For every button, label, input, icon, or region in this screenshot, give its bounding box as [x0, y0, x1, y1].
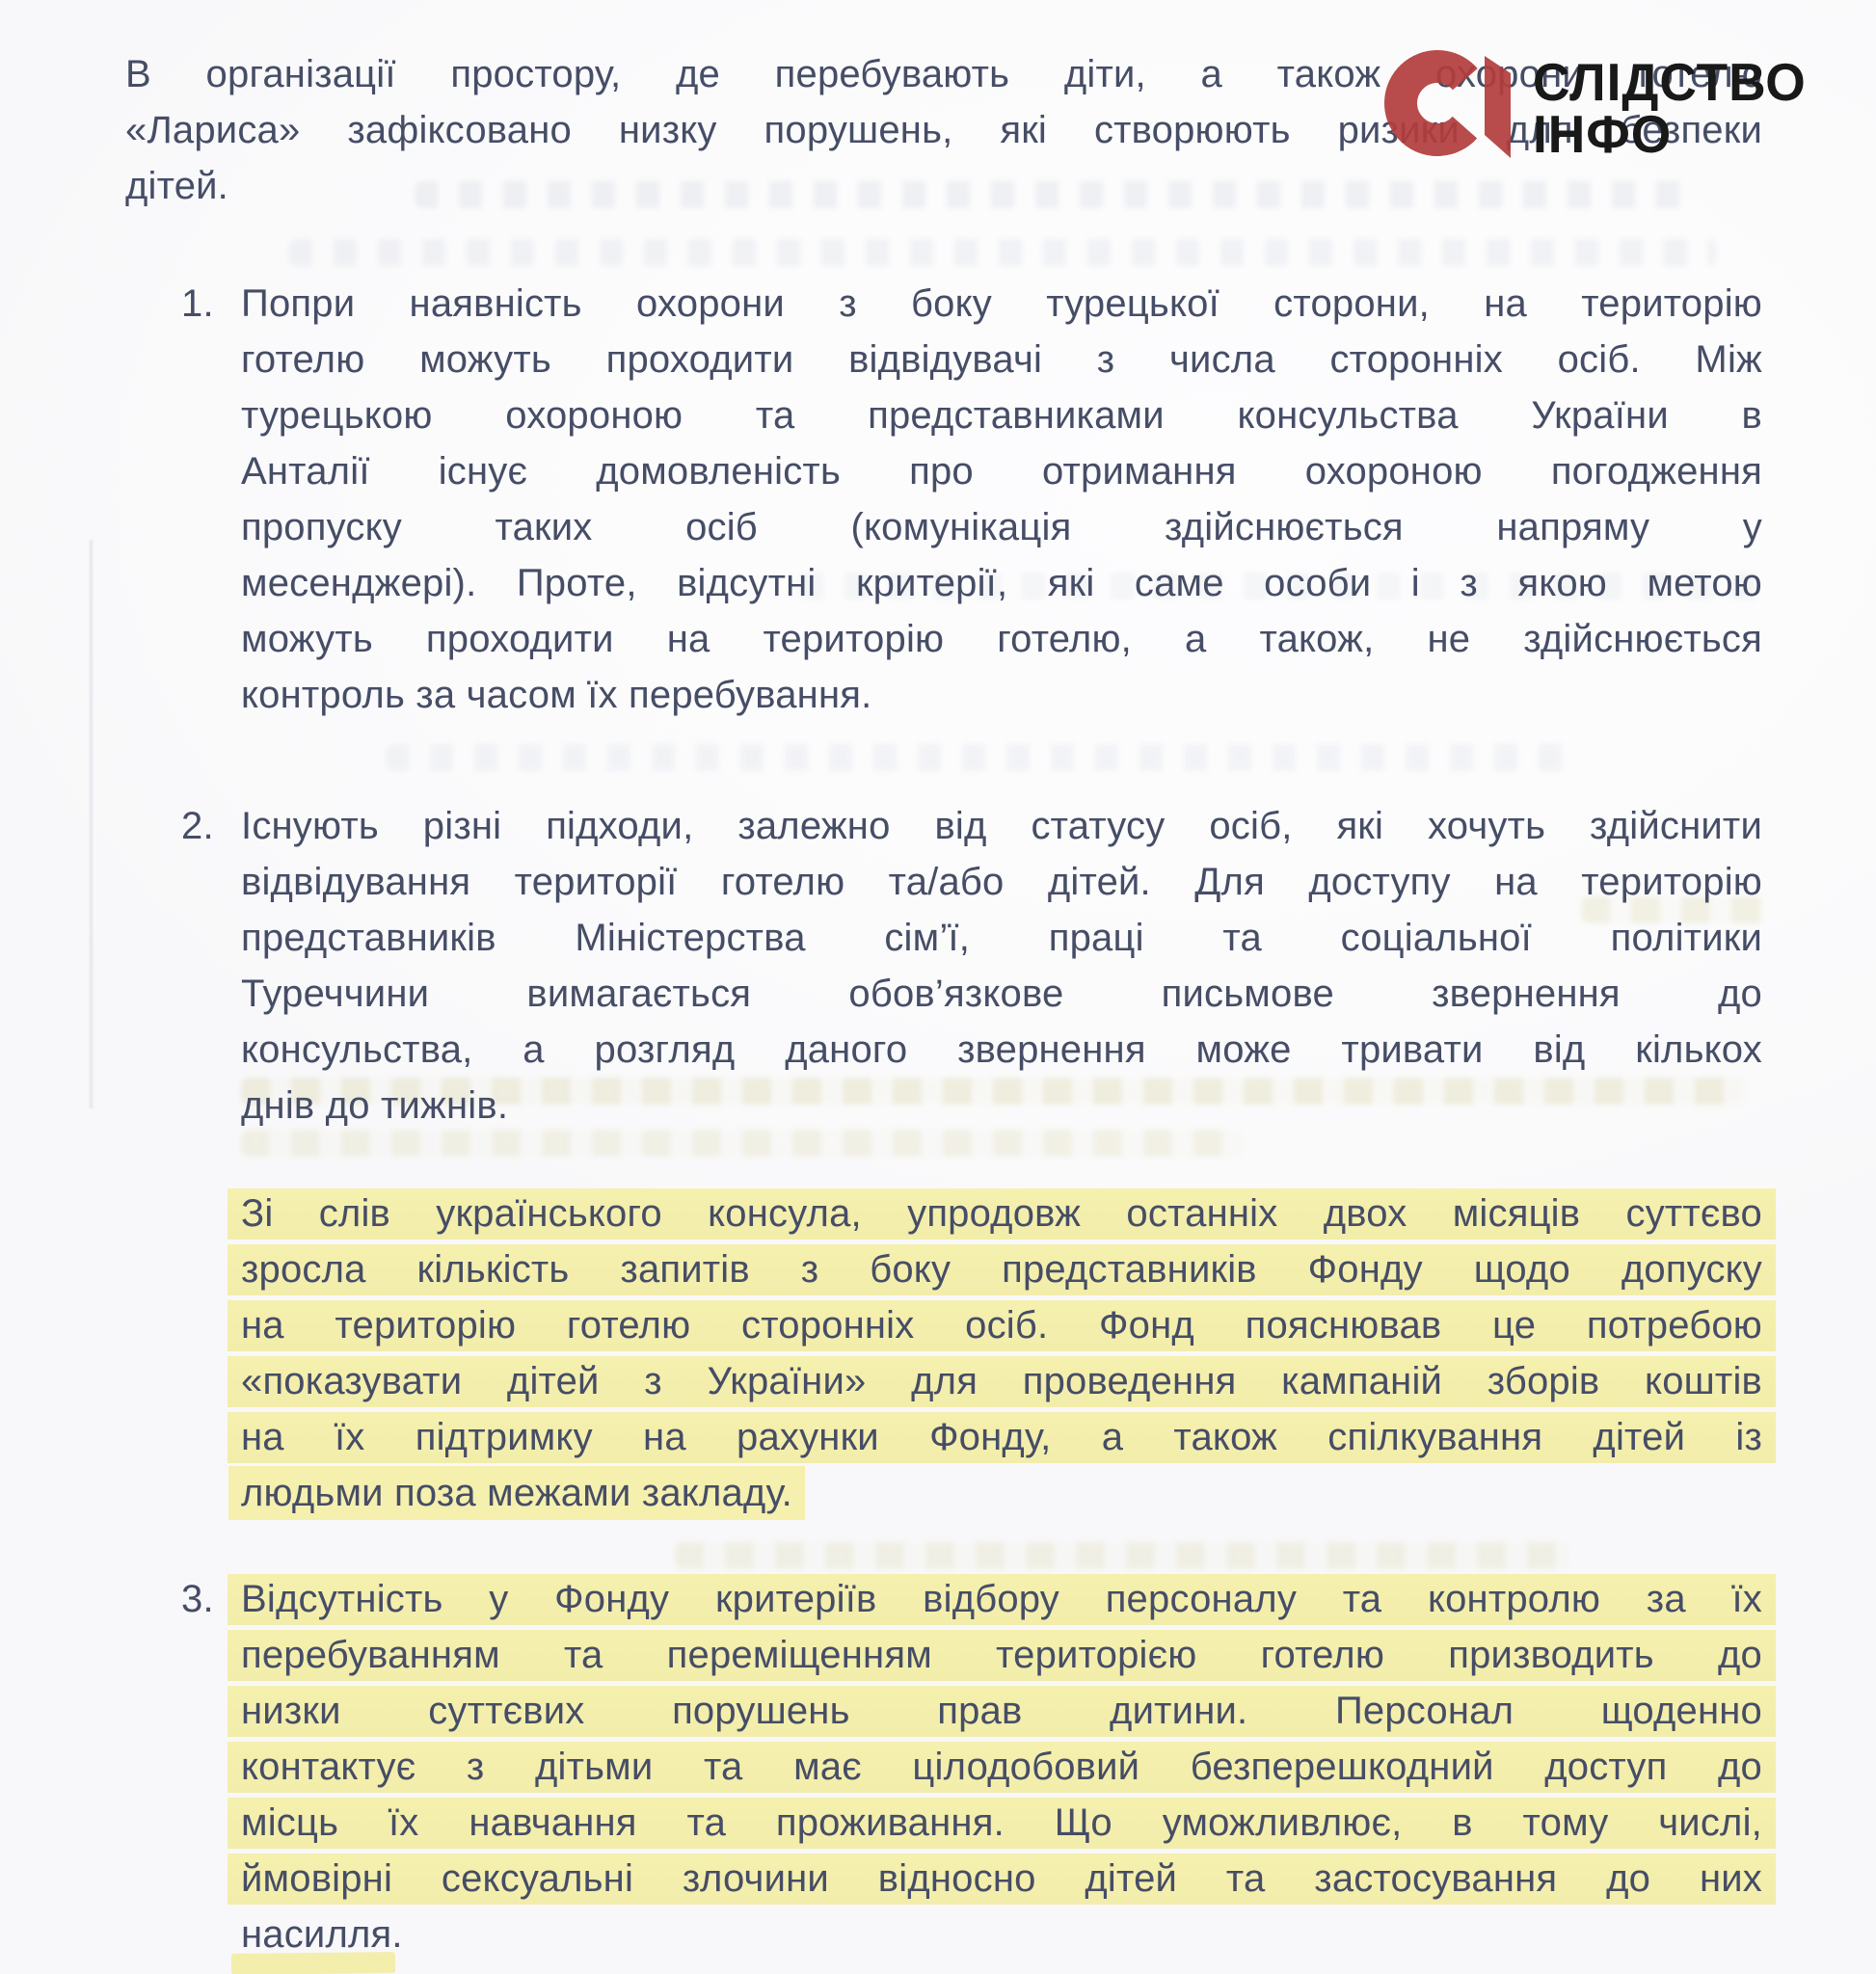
text-line: ймовірні сексуальні злочини відносно діт… [228, 1851, 1776, 1907]
text-line: контроль за часом їх перебування. [241, 667, 1762, 723]
text-line: месенджері). Проте, відсутні критерії, я… [241, 555, 1762, 611]
text-line: днів до тижнів. [241, 1078, 1762, 1134]
text-line: можуть проходити на територію готелю, а … [241, 611, 1762, 667]
text-line: консульства, а розгляд даного звернення … [241, 1022, 1762, 1078]
text-line: Зі слів українського консула, упродовж о… [228, 1186, 1776, 1241]
text-line: Туреччини вимагається обов’язкове письмо… [241, 966, 1762, 1022]
list-number: 2. [181, 798, 241, 1134]
text-line: «показувати дітей з України» для проведе… [228, 1353, 1776, 1409]
list-item-2-text: Існують різні підходи, залежно від стату… [241, 798, 1762, 1134]
scan-crease-artifact [90, 540, 93, 1108]
slidstvo-info-logo: СЛІДСТВО ІНФО [1384, 50, 1814, 160]
text-line: низки суттєвих порушень прав дитини. Пер… [228, 1683, 1776, 1739]
text-line: Відсутність у Фонду критеріїв відбору пе… [228, 1571, 1776, 1627]
text-line: турецькою охороною та представниками кон… [241, 387, 1762, 443]
highlighted-text: людьми поза межами закладу. [241, 1466, 792, 1520]
text-line: готелю можуть проходити відвідувачі з чи… [241, 332, 1762, 387]
text-line: дітей. [125, 158, 1762, 214]
scanned-document-page: В організації простору, де перебувають д… [0, 0, 1876, 1974]
text-line: Існують різні підходи, залежно від стату… [241, 798, 1762, 854]
logo-wordmark: СЛІДСТВО ІНФО [1533, 56, 1807, 160]
list-item-2: 2. Існують різні підходи, залежно від ст… [125, 798, 1762, 1134]
list-item-3-text: Відсутність у Фонду критеріїв відбору пе… [241, 1571, 1762, 1962]
list-number: 1. [181, 276, 241, 723]
logo-line-2: ІНФО [1533, 108, 1807, 160]
text-line: місць їх навчання та проживання. Що умож… [228, 1795, 1776, 1851]
logo-line-1: СЛІДСТВО [1533, 56, 1807, 108]
text-line: на їх підтримку на рахунки Фонду, а тако… [228, 1409, 1776, 1465]
list-item-1-text: Попри наявність охорони з боку турецької… [241, 276, 1762, 723]
highlighted-paragraph: Зі слів українського консула, упродовж о… [241, 1186, 1762, 1521]
text-line: людьми поза межами закладу. [241, 1465, 1762, 1521]
list-item-1: 1. Попри наявність охорони з боку турець… [125, 276, 1762, 723]
text-line: перебуванням та переміщенням територією … [228, 1627, 1776, 1683]
text-line: відвідування території готелю та/або діт… [241, 854, 1762, 910]
text-line: пропуску таких осіб (комунікація здійсню… [241, 499, 1762, 555]
document-text: В організації простору, де перебувають д… [125, 46, 1762, 1962]
text-line: представників Міністерства сім’ї, праці … [241, 910, 1762, 966]
text-line: контактує з дітьми та має цілодобовий бе… [228, 1739, 1776, 1795]
text-line: на територію готелю сторонніх осіб. Фонд… [228, 1297, 1776, 1353]
text-line: Попри наявність охорони з боку турецької… [241, 276, 1762, 332]
text-line: зросла кількість запитів з боку представ… [228, 1241, 1776, 1297]
text-line: насилля. [241, 1907, 1762, 1962]
si-logo-mark-icon [1384, 50, 1517, 160]
text-line: Анталії існує домовленість про отримання… [241, 443, 1762, 499]
list-item-3: 3. Відсутність у Фонду критеріїв відбору… [125, 1571, 1762, 1962]
